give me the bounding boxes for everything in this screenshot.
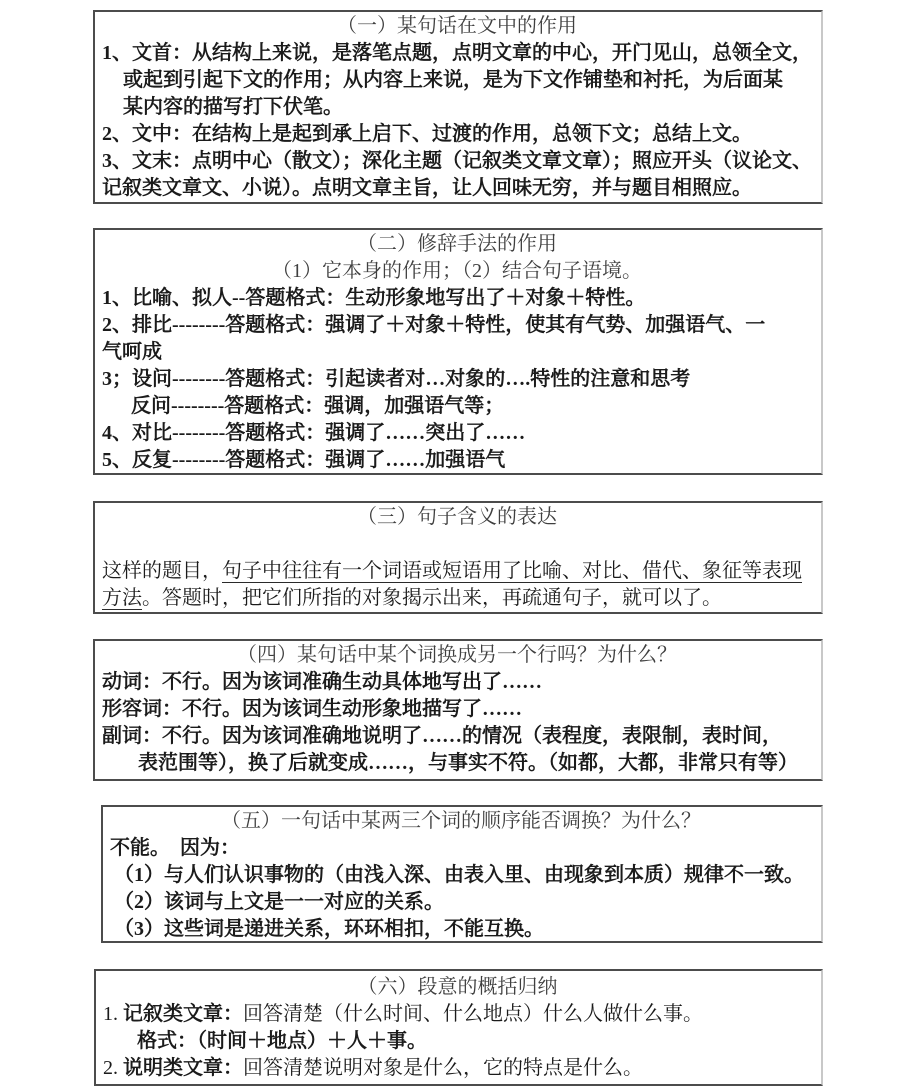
label-segment: 记叙类文章： [123, 1003, 243, 1025]
text-line: 1. 记叙类文章：回答清楚（什么时间、什么地点）什么人做什么事。 [103, 1001, 819, 1028]
text-line: 气呵成 [102, 339, 819, 366]
section-4-title: （四）某句话中某个词换成另一个行吗？为什么？ [102, 642, 819, 669]
section-5-title: （五）一句话中某两三个词的顺序能否调换？为什么？ [110, 808, 819, 835]
text-line: 记叙类文章文、小说）。点明文章主旨，让人回味无穷，并与题目相照应。 [102, 175, 819, 202]
text-segment: 。答题时，把它们所指的对象揭示出来，再疏通句子，就可以了。 [142, 587, 722, 609]
text-segment: 回答清楚（什么时间、什么地点）什么人做什么事。 [243, 1003, 703, 1025]
section-1-title: （一）某句话在文中的作用 [102, 13, 819, 40]
text-segment: 这样的题目， [102, 560, 222, 582]
section-4-word-replacement: （四）某句话中某个词换成另一个行吗？为什么？ 动词：不行。因为该词准确生动具体地… [93, 639, 823, 781]
text-line: 副词：不行。因为该词准确地说明了……的情况（表程度，表限制，表时间， [102, 723, 819, 750]
document-page: { "theme": { "background": "#ffffff", "t… [0, 0, 900, 1090]
list-number: 2. [103, 1057, 123, 1079]
text-line: 不能。 因为： [110, 835, 819, 862]
section-6-paragraph-summary: （六）段意的概括归纳 1. 记叙类文章：回答清楚（什么时间、什么地点）什么人做什… [94, 969, 823, 1086]
label-segment: 说明类文章： [123, 1057, 243, 1079]
text-line: 2、文中：在结构上是起到承上启下、过渡的作用，总领下文；总结上文。 [102, 121, 819, 148]
text-line: 形容词：不行。因为该词生动形象地描写了…… [102, 696, 819, 723]
text-line: 3；设问--------答题格式：引起读者对…对象的….特性的注意和思考 [102, 366, 819, 393]
section-3-title: （三）句子含义的表达 [102, 504, 819, 531]
text-line: （1）与人们认识事物的（由浅入深、由表入里、由现象到本质）规律不一致。 [110, 862, 819, 889]
text-segment: 回答清楚说明对象是什么，它的特点是什么。 [243, 1057, 643, 1079]
text-line: 方法。答题时，把它们所指的对象揭示出来，再疏通句子，就可以了。 [102, 585, 819, 612]
section-2-title: （二）修辞手法的作用 [102, 231, 819, 258]
underlined-text-segment: 方法 [102, 587, 142, 610]
text-line: 反问--------答题格式：强调，加强语气等； [102, 393, 819, 420]
list-number: 1. [103, 1003, 123, 1025]
text-line: 4、对比--------答题格式：强调了……突出了…… [102, 420, 819, 447]
text-line: （3）这些词是递进关系，环环相扣，不能互换。 [110, 916, 819, 943]
text-line: 动词：不行。因为该词准确生动具体地写出了…… [102, 669, 819, 696]
text-line: （2）该词与上文是一一对应的关系。 [110, 889, 819, 916]
section-5-word-order-swap: （五）一句话中某两三个词的顺序能否调换？为什么？ 不能。 因为： （1）与人们认… [101, 805, 823, 943]
text-line: 2、排比--------答题格式：强调了＋对象＋特性，使其有气势、加强语气、一 [102, 312, 819, 339]
text-line: 或起到引起下文的作用；从内容上来说，是为下文作铺垫和衬托，为后面某 [102, 67, 819, 94]
text-line: 表范围等），换了后就变成……，与事实不符。（如都，大都，非常只有等） [102, 750, 819, 777]
text-line: 这样的题目，句子中往往有一个词语或短语用了比喻、对比、借代、象征等表现 [102, 558, 819, 585]
text-line: 5、反复--------答题格式：强调了……加强语气 [102, 447, 819, 474]
blank-line [102, 531, 819, 558]
section-1-sentence-role: （一）某句话在文中的作用 1、文首：从结构上来说，是落笔点题，点明文章的中心，开… [93, 10, 823, 204]
text-line: 1、文首：从结构上来说，是落笔点题，点明文章的中心，开门见山，总领全文， [102, 40, 819, 67]
section-2-subtitle: （1）它本身的作用；（2）结合句子语境。 [102, 258, 819, 285]
section-2-rhetoric-role: （二）修辞手法的作用 （1）它本身的作用；（2）结合句子语境。 1、比喻、拟人-… [93, 228, 823, 475]
text-line: 1、比喻、拟人--答题格式：生动形象地写出了＋对象＋特性。 [102, 285, 819, 312]
text-line: 某内容的描写打下伏笔。 [102, 94, 819, 121]
text-line: 3、文末：点明中心（散文）；深化主题（记叙类文章文章）；照应开头（议论文、 [102, 148, 819, 175]
text-line: 2. 说明类文章：回答清楚说明对象是什么，它的特点是什么。 [103, 1055, 819, 1082]
section-6-title: （六）段意的概括归纳 [103, 974, 819, 1001]
text-line: 格式：（时间＋地点）＋人＋事。 [103, 1028, 819, 1055]
section-3-sentence-meaning: （三）句子含义的表达 这样的题目，句子中往往有一个词语或短语用了比喻、对比、借代… [93, 501, 823, 614]
underlined-text-segment: 句子中往往有一个词语或短语用了比喻、对比、借代、象征等表现 [222, 560, 802, 583]
